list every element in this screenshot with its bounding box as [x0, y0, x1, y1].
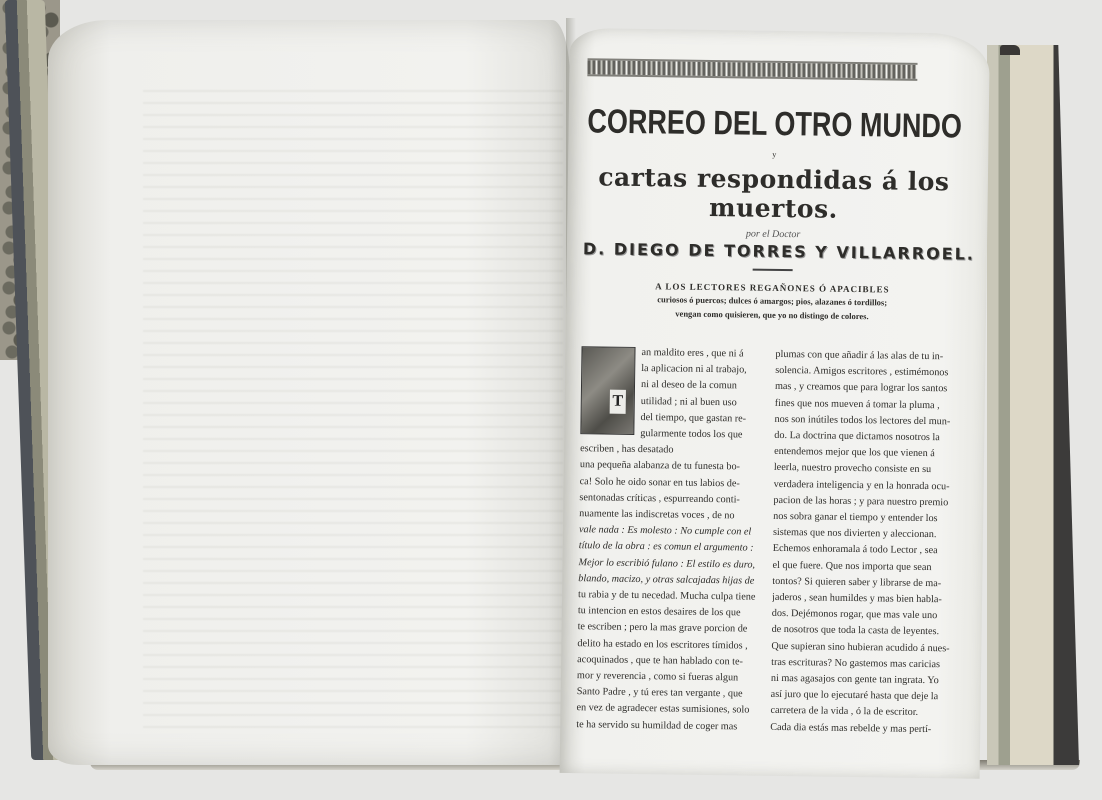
author-name: D. DIEGO DE TORRES Y VILLARROEL. — [583, 239, 963, 263]
section-rule — [753, 269, 793, 272]
column-right: plumas con que añadir á las alas de tu i… — [770, 347, 955, 738]
page-content: CORREO DEL OTRO MUNDO y cartas respondid… — [576, 58, 965, 738]
text-line: utilidad ; ni al buen uso — [641, 394, 761, 412]
text-line: te escriben ; pero la mas grave porcion … — [578, 620, 758, 639]
title-subtitle: cartas respondidas á los muertos. — [583, 162, 964, 225]
text-line: título de la obra : es comun el argument… — [579, 539, 759, 558]
body-columns: T an maldito eres , que ni á la aplicaci… — [576, 344, 961, 738]
text-line: ni al deseo de la comun — [641, 377, 761, 395]
text-line: te ha servido su humildad de coger mas — [576, 717, 756, 736]
bleed-through-text — [143, 90, 563, 730]
text-line: Echemos enhoramala á todo Lector , sea — [773, 541, 953, 560]
text-line: Cada dia estás mas rebelde y mas pertí- — [770, 720, 950, 739]
dedication-line: vengan como quisieren, que yo no disting… — [582, 306, 962, 323]
text-line: gularmente todos los que — [640, 426, 760, 444]
title-conjunction: y — [584, 147, 964, 161]
text-line: de nosotros que toda la casta de leyente… — [771, 622, 951, 641]
book-cover-right-edge — [987, 45, 1102, 765]
illustrated-dropcap: T — [580, 346, 635, 435]
photo-scene: CORREO DEL OTRO MUNDO y cartas respondid… — [0, 0, 1102, 800]
dropcap-letter: T — [610, 390, 626, 414]
text-line: an maldito eres , que ni á — [641, 345, 761, 363]
text-line: la aplicacion ni al trabajo, — [641, 361, 761, 379]
book-cover-corner — [1000, 45, 1020, 55]
text-line: mas , y creamos que para lograr los sant… — [775, 379, 955, 398]
text-line: leerla, nuestro provecho consiste en su — [774, 460, 954, 479]
right-page: CORREO DEL OTRO MUNDO y cartas respondid… — [560, 28, 990, 779]
text-line: una pequeña alabanza de tu funesta bo- — [580, 458, 760, 477]
title-main: CORREO DEL OTRO MUNDO — [584, 102, 965, 146]
ornamental-border — [587, 58, 917, 81]
text-line: del tiempo, que gastan re- — [640, 410, 760, 428]
column-left: T an maldito eres , que ni á la aplicaci… — [576, 344, 761, 735]
left-page — [48, 20, 570, 765]
